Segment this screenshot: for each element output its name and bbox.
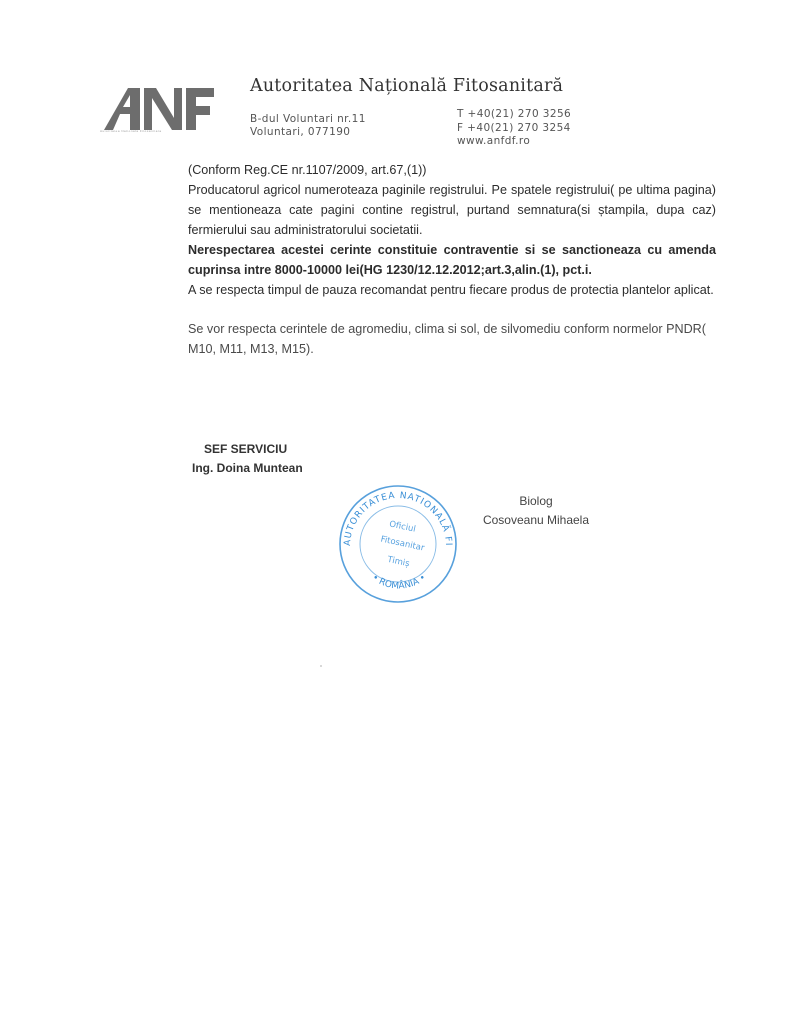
stamp-inner-line-2: Fitosanitar <box>380 535 426 554</box>
fax-number: F +40(21) 270 3254 <box>457 122 571 136</box>
signature-title: SEF SERVICIU <box>204 440 303 459</box>
signature-name: Ing. Doina Muntean <box>192 459 303 478</box>
logo-subtitle: Autoritatea Nationala Fitosanitara <box>100 129 214 133</box>
scan-speck <box>320 665 322 667</box>
paragraph-page-numbering: Producatorul agricol numeroteaza paginil… <box>188 180 716 240</box>
official-stamp: AUTORITATEA NATIONALĂ FITOSANITARĂ • ROM… <box>334 484 462 604</box>
anf-logo <box>104 86 216 134</box>
address-block: B-dul Voluntari nr.11 Voluntari, 077190 <box>250 113 366 139</box>
signature-name: Cosoveanu Mihaela <box>476 511 596 530</box>
stamp-inner-line-1: Oficiul <box>388 519 416 534</box>
document-body: (Conform Reg.CE nr.1107/2009, art.67,(1)… <box>188 160 716 359</box>
paragraph-penalty: Nerespectarea acestei cerinte constituie… <box>188 240 716 280</box>
phone-number: T +40(21) 270 3256 <box>457 108 571 122</box>
stamp-inner-line-3: Timiș <box>385 555 410 570</box>
paragraph-pndr: Se vor respecta cerintele de agromediu, … <box>188 319 716 359</box>
signature-head-of-service: SEF SERVICIU Ing. Doina Muntean <box>204 440 303 478</box>
website-link[interactable]: www.anfdf.ro <box>457 135 571 149</box>
organization-name: Autoritatea Națională Fitosanitară <box>250 76 563 96</box>
signature-title: Biolog <box>476 492 596 511</box>
address-line-1: B-dul Voluntari nr.11 <box>250 113 366 126</box>
address-line-2: Voluntari, 077190 <box>250 126 366 139</box>
contact-block: T +40(21) 270 3256 F +40(21) 270 3254 ww… <box>457 108 571 149</box>
svg-text:• ROMÂNIA •: • ROMÂNIA • <box>370 573 428 592</box>
stamp-bottom-text: • ROMÂNIA • <box>370 573 428 592</box>
regulation-reference: (Conform Reg.CE nr.1107/2009, art.67,(1)… <box>188 160 716 180</box>
signature-biologist: Biolog Cosoveanu Mihaela <box>476 492 596 530</box>
paragraph-waiting-period: A se respecta timpul de pauza recomandat… <box>188 280 716 300</box>
